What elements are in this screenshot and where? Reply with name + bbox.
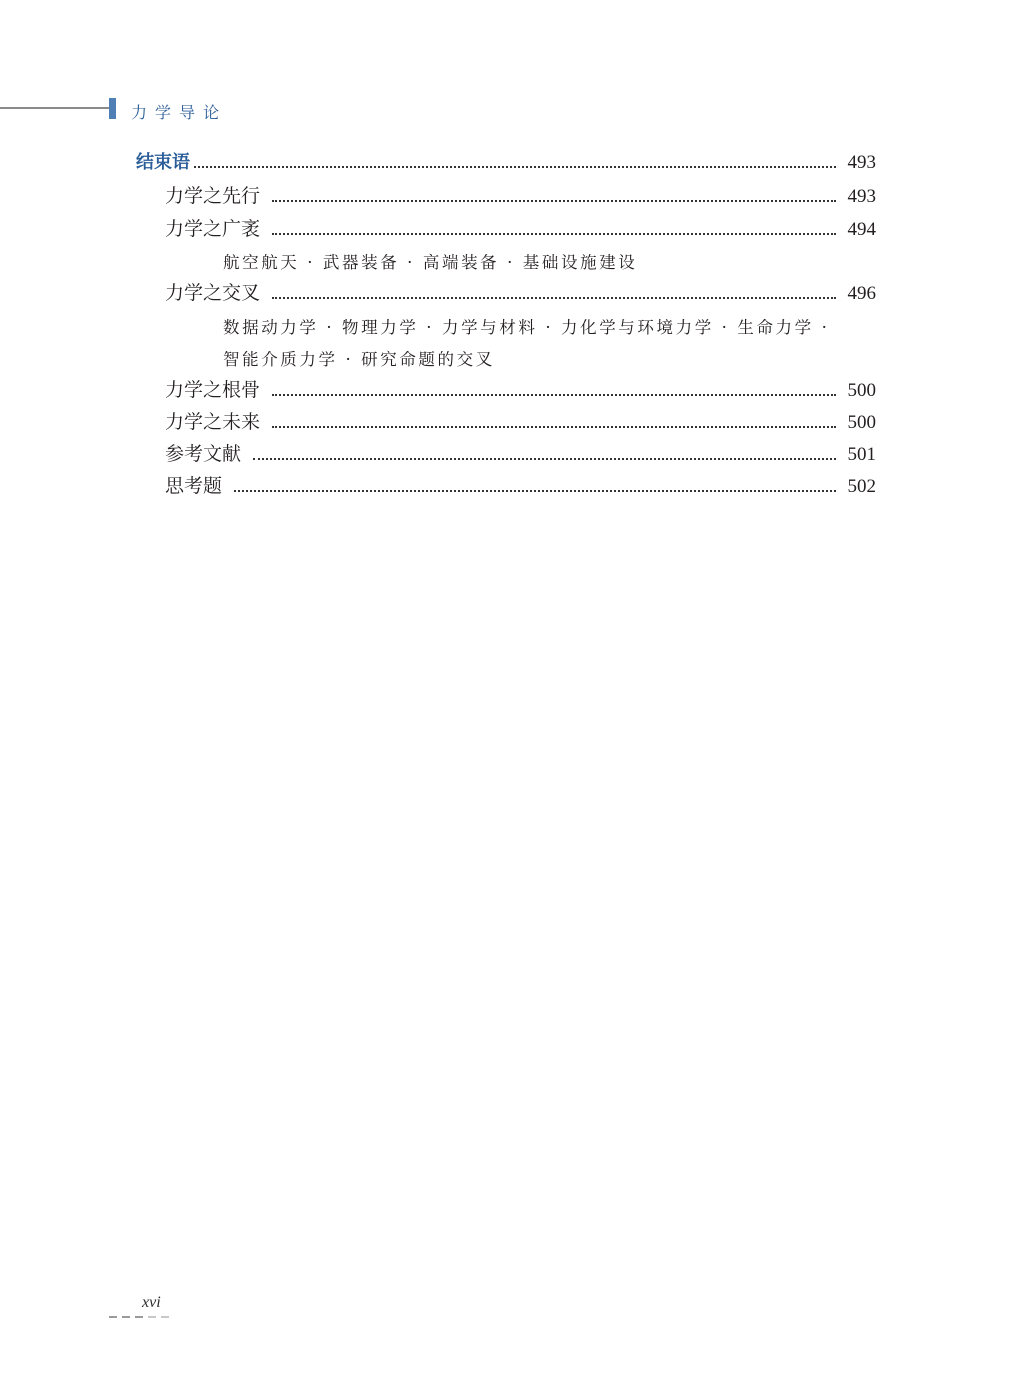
toc-title: 力学之交叉 [165,278,260,305]
toc-entry[interactable]: 力学之广袤 494 [165,214,876,246]
dot-leader [253,457,836,460]
dot-leader [234,489,836,492]
footer-dash-ornament [109,1316,169,1318]
toc-page: 502 [846,476,876,498]
dash [109,1316,117,1318]
dash [148,1316,156,1318]
dash [161,1316,169,1318]
toc-subtopics: 智能介质力学 · 研究命题的交叉 [223,346,495,370]
toc-subtopics: 航空航天 · 武器装备 · 高端装备 · 基础设施建设 [223,249,637,273]
header-accent-bar [109,98,116,119]
dot-leader [272,393,836,396]
toc-title: 结束语 [136,148,190,174]
book-title: 力学导论 [131,100,227,123]
toc-page: 493 [846,152,876,174]
dot-leader [272,425,836,428]
header-rule [0,107,110,109]
toc-title: 参考文献 [165,439,241,466]
dot-leader [272,296,836,299]
page-number: xvi [142,1294,161,1312]
toc-entry[interactable]: 力学之根骨 500 [165,375,876,407]
toc-entry[interactable]: 力学之交叉 496 [165,278,876,310]
toc-title: 力学之未来 [165,407,260,434]
toc-title: 思考题 [165,471,222,498]
dot-leader [194,165,836,168]
toc-page: 500 [846,412,876,434]
toc-entry[interactable]: 参考文献 501 [165,439,876,471]
toc-subtopics: 数据动力学 · 物理力学 · 力学与材料 · 力化学与环境力学 · 生命力学 · [223,314,829,338]
toc-page: 501 [846,444,876,466]
toc-page: 494 [846,219,876,241]
dot-leader [272,232,836,235]
dash [122,1316,130,1318]
toc-page: 500 [846,380,876,402]
dot-leader [272,199,836,202]
toc-title: 力学之根骨 [165,375,260,402]
toc-title: 力学之广袤 [165,214,260,241]
toc-entry[interactable]: 思考题 502 [165,471,876,503]
toc-chapter[interactable]: 结束语 493 [136,148,876,180]
toc-title: 力学之先行 [165,181,260,208]
toc-page: 496 [846,283,876,305]
toc-page: 493 [846,186,876,208]
dash [135,1316,143,1318]
toc-entry[interactable]: 力学之先行 493 [165,181,876,213]
toc-entry[interactable]: 力学之未来 500 [165,407,876,439]
